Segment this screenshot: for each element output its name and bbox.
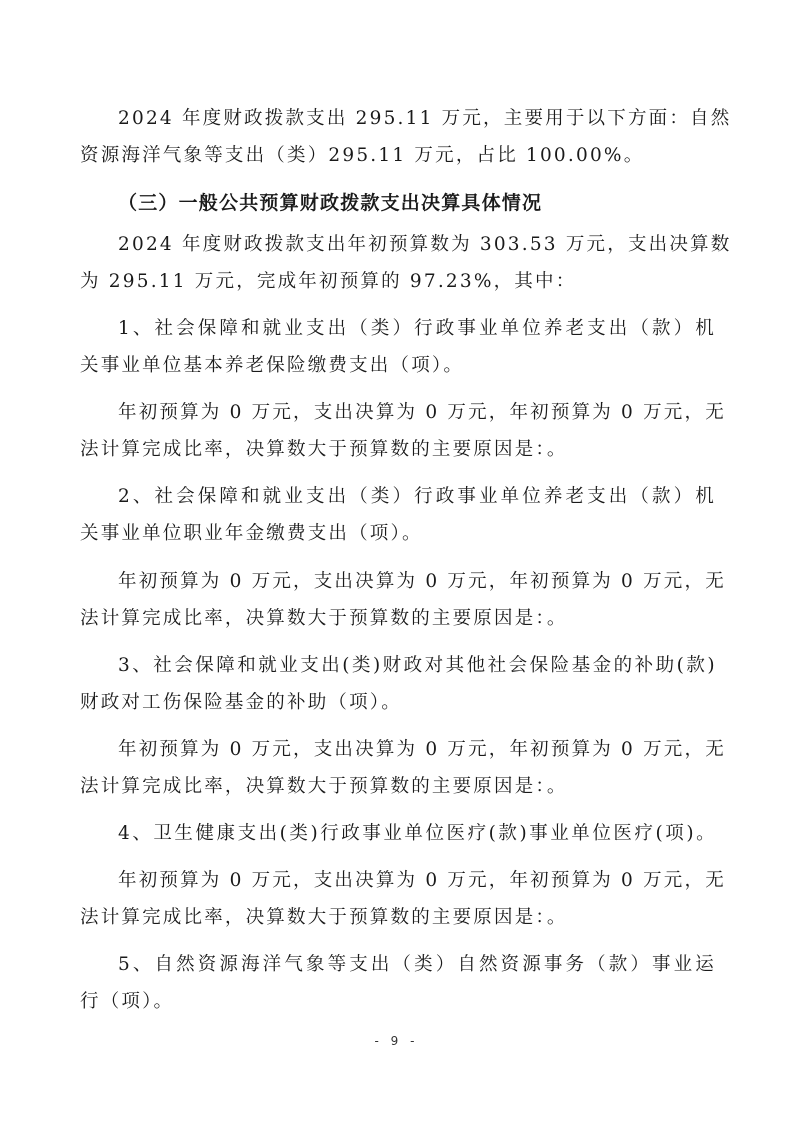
item-2-title-line-1: 2、社会保障和就业支出（类）行政事业单位养老支出（款）机	[80, 478, 716, 516]
item-2-title-line-2: 关事业单位职业年金缴费支出（项）。	[80, 515, 716, 553]
item-4-detail-line-1: 年初预算为 0 万元，支出决算为 0 万元，年初预算为 0 万元，无	[80, 862, 716, 900]
body-line-3: 2024 年度财政拨款支出年初预算数为 303.53 万元，支出决算数	[80, 226, 716, 264]
item-5-title-line-1: 5、自然资源海洋气象等支出（类）自然资源事务（款）事业运	[80, 946, 716, 984]
section-heading: （三）一般公共预算财政拨款支出决算具体情况	[80, 184, 716, 222]
item-2-detail-line-1: 年初预算为 0 万元，支出决算为 0 万元，年初预算为 0 万元，无	[80, 563, 716, 601]
item-1-title-line-1: 1、社会保障和就业支出（类）行政事业单位养老支出（款）机	[80, 310, 716, 348]
body-line-0: 2024 年度财政拨款支出 295.11 万元，主要用于以下方面：自然	[80, 100, 716, 138]
body-line-1: 资源海洋气象等支出（类）295.11 万元，占比 100.00%。	[80, 137, 716, 175]
item-1-detail-line-2: 法计算完成比率，决算数大于预算数的主要原因是：。	[80, 431, 716, 469]
item-3-title-line-1: 3、社会保障和就业支出(类)财政对其他社会保险基金的补助(款)	[80, 647, 716, 685]
item-3-detail-line-2: 法计算完成比率，决算数大于预算数的主要原因是：。	[80, 768, 716, 806]
item-1-title-line-2: 关事业单位基本养老保险缴费支出（项）。	[80, 347, 716, 385]
item-5-title-line-2: 行（项）。	[80, 983, 716, 1021]
item-3-title-line-2: 财政对工伤保险基金的补助（项）。	[80, 684, 716, 722]
item-1-detail-line-1: 年初预算为 0 万元，支出决算为 0 万元，年初预算为 0 万元，无	[80, 394, 716, 432]
item-2-detail-line-2: 法计算完成比率，决算数大于预算数的主要原因是：。	[80, 600, 716, 638]
page-number: - 9 -	[0, 1034, 793, 1048]
item-4-title-line-1: 4、卫生健康支出(类)行政事业单位医疗(款)事业单位医疗(项)。	[80, 815, 716, 853]
body-line-4: 为 295.11 万元，完成年初预算的 97.23%，其中：	[80, 263, 716, 301]
item-3-detail-line-1: 年初预算为 0 万元，支出决算为 0 万元，年初预算为 0 万元，无	[80, 731, 716, 769]
item-4-detail-line-2: 法计算完成比率，决算数大于预算数的主要原因是：。	[80, 899, 716, 937]
